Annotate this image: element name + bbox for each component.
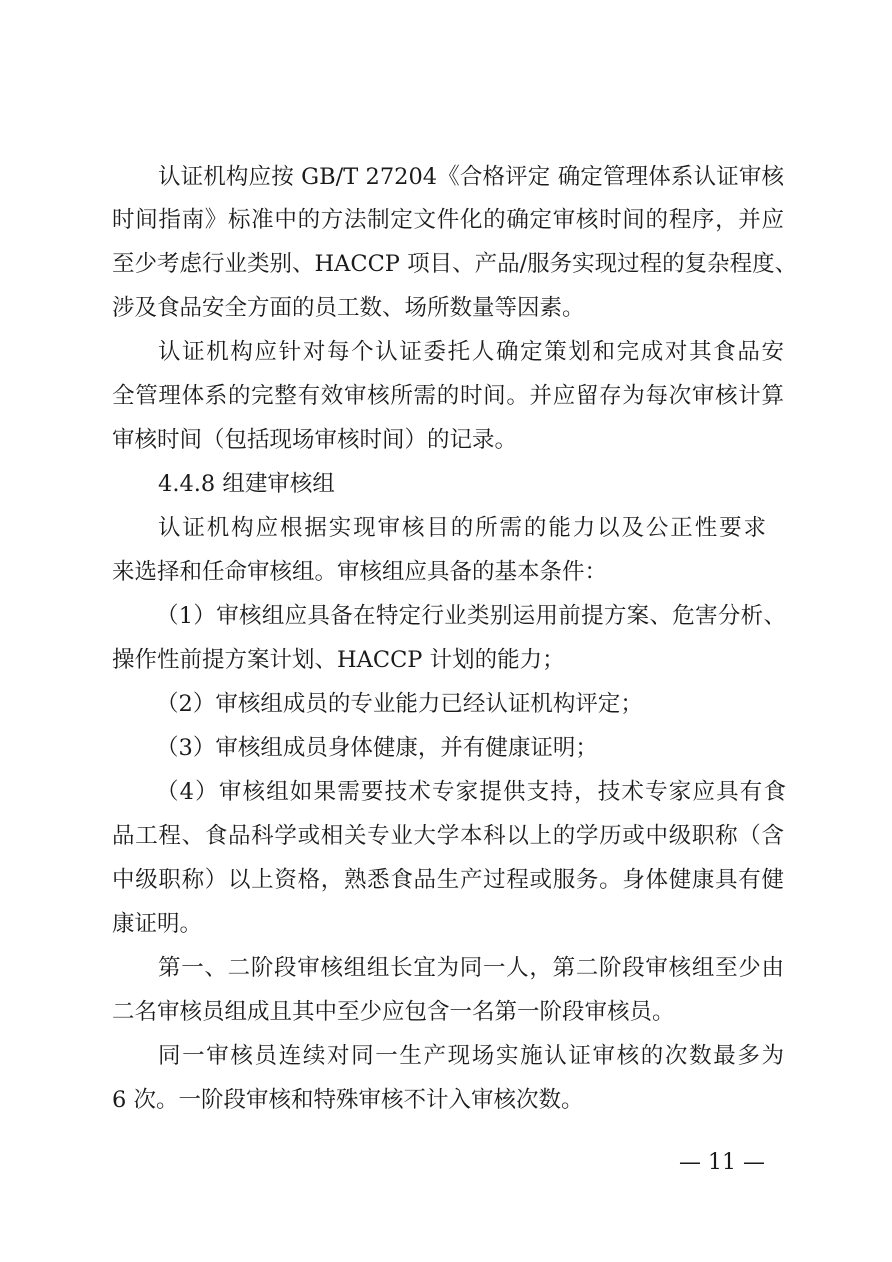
- section-heading-4-4-8: 4.4.8 组建审核组: [158, 469, 784, 499]
- paragraph-1-line-3: 至少考虑行业类别、HACCP 项目、产品/服务实现过程的复杂程度、: [112, 249, 784, 279]
- condition-2: （2）审核组成员的专业能力已经认证机构评定；: [156, 689, 782, 719]
- condition-1-line-1: （1）审核组应具备在特定行业类别运用前提方案、危害分析、: [156, 601, 786, 631]
- auditor-frequency-line-2: 6 次。一阶段审核和特殊审核不计入审核次数。: [112, 1085, 784, 1115]
- paragraph-3-line-2: 来选择和任命审核组。审核组应具备的基本条件：: [112, 557, 784, 587]
- paragraph-1-line-2: 时间指南》标准中的方法制定文件化的确定审核时间的程序，并应: [112, 205, 784, 235]
- paragraph-2-line-2: 全管理体系的完整有效审核所需的时间。并应留存为每次审核计算: [112, 381, 784, 411]
- paragraph-1-line-4: 涉及食品安全方面的员工数、场所数量等因素。: [112, 293, 784, 323]
- condition-1-line-2: 操作性前提方案计划、HACCP 计划的能力；: [112, 645, 784, 675]
- condition-4-line-3: 中级职称）以上资格，熟悉食品生产过程或服务。身体健康具有健: [112, 865, 784, 895]
- condition-3: （3）审核组成员身体健康，并有健康证明；: [156, 733, 782, 763]
- condition-4-line-2: 品工程、食品科学或相关专业大学本科以上的学历或中级职称（含: [112, 821, 784, 851]
- paragraph-2-line-3: 审核时间（包括现场审核时间）的记录。: [112, 425, 784, 455]
- paragraph-3-line-1: 认证机构应根据实现审核目的所需的能力以及公正性要求: [158, 513, 766, 543]
- paragraph-2-line-1: 认证机构应针对每个认证委托人确定策划和完成对其食品安: [158, 337, 784, 367]
- page-number: — 11 —: [672, 1148, 772, 1178]
- auditor-frequency-line-1: 同一审核员连续对同一生产现场实施认证审核的次数最多为: [158, 1041, 784, 1071]
- team-leader-line-1: 第一、二阶段审核组组长宜为同一人，第二阶段审核组至少由: [158, 953, 784, 983]
- paragraph-1-line-1: 认证机构应按 GB/T 27204《合格评定 确定管理体系认证审核: [158, 162, 784, 192]
- team-leader-line-2: 二名审核员组成且其中至少应包含一名第一阶段审核员。: [112, 997, 784, 1027]
- condition-4-line-1: （4）审核组如果需要技术专家提供支持，技术专家应具有食: [156, 777, 786, 807]
- condition-4-line-4: 康证明。: [112, 909, 784, 939]
- document-page: 认证机构应按 GB/T 27204《合格评定 确定管理体系认证审核 时间指南》标…: [0, 0, 892, 1262]
